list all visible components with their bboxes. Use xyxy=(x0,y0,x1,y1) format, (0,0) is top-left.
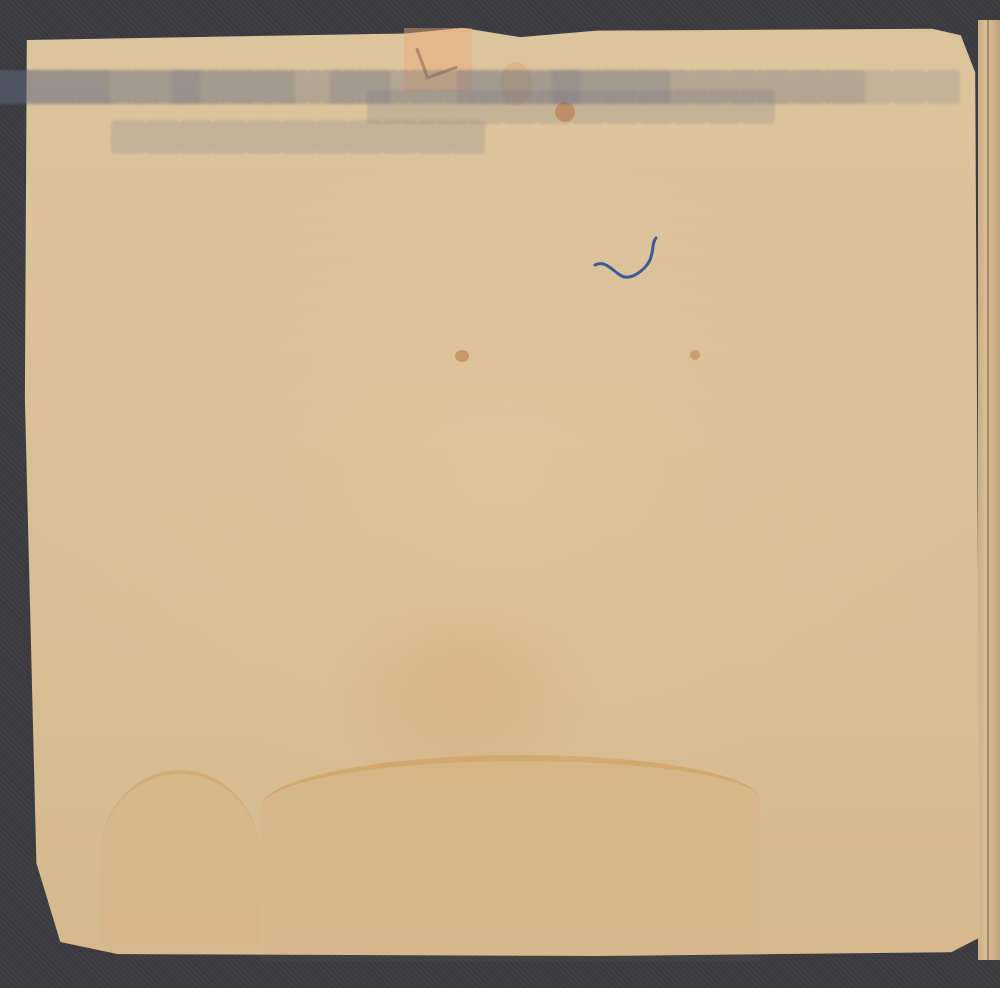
blue-thread-fiber xyxy=(590,230,670,290)
stain-spot xyxy=(455,350,469,362)
binding-fold xyxy=(987,20,989,960)
water-stain xyxy=(260,755,760,961)
show-through-column xyxy=(920,60,960,114)
water-stain-left xyxy=(100,770,260,944)
adjacent-page-edge xyxy=(978,20,1000,960)
stain-spot xyxy=(690,350,700,360)
